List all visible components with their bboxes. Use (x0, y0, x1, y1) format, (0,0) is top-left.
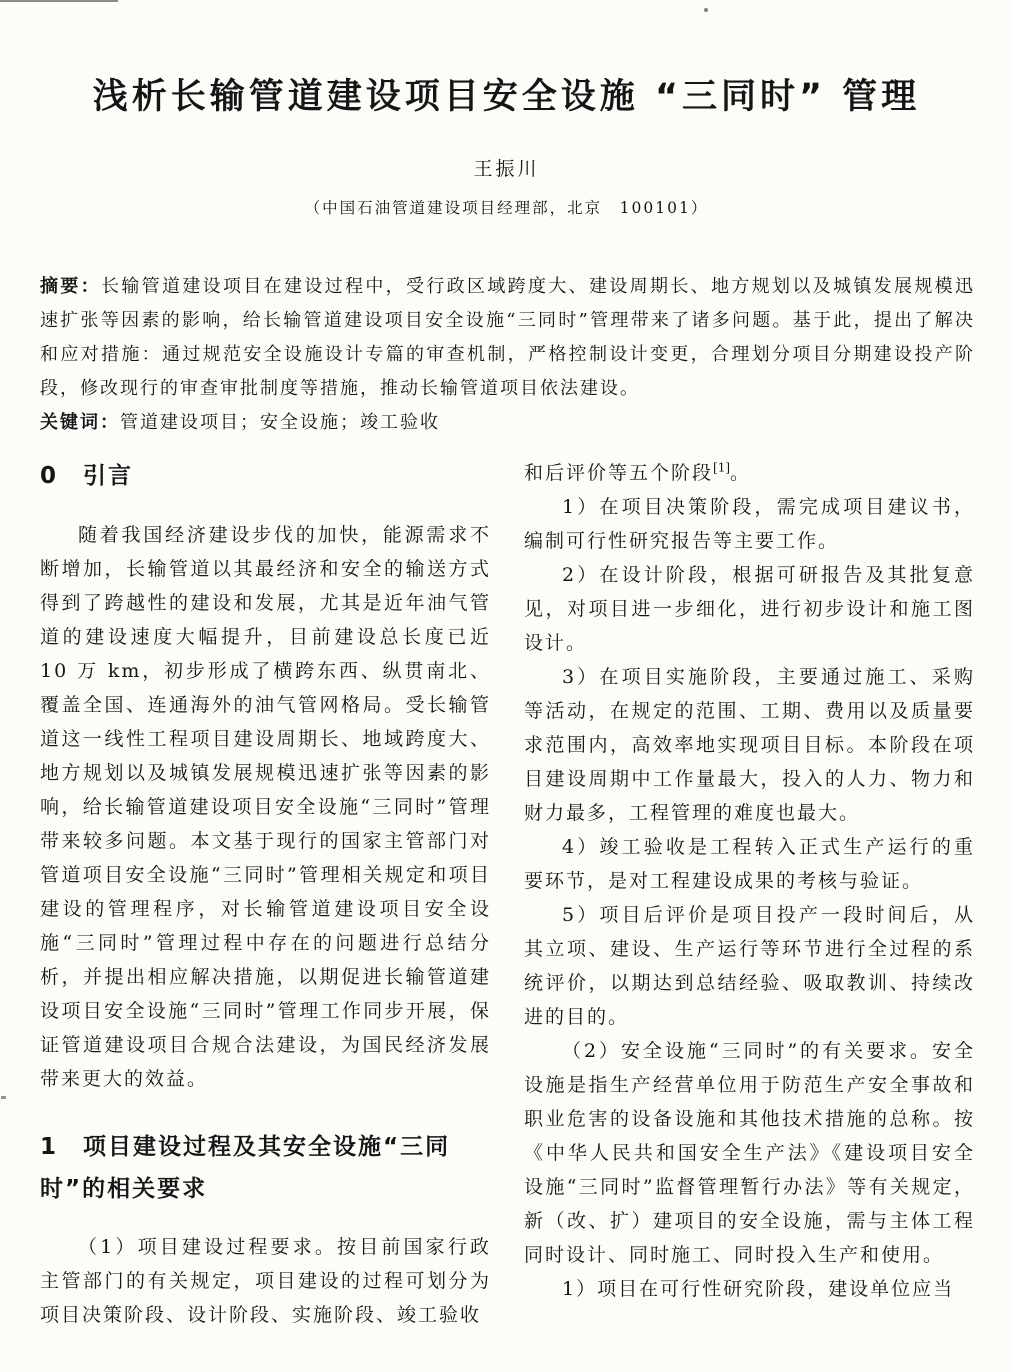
right-column: 和后评价等五个阶段[1]。 1）在项目决策阶段，需完成项目建议书，编制可行性研究… (524, 456, 975, 1332)
keywords-block: 关键词：管道建设项目；安全设施；竣工验收 (40, 406, 975, 440)
keywords-label: 关键词： (40, 412, 120, 433)
list-item-2: 2）在设计阶段，根据可研报告及其批复意见，对项目进一步细化，进行初步设计和施工图… (524, 558, 975, 660)
intro-paragraph: 随着我国经济建设步伐的加快，能源需求不断增加，长输管道以其最经济和安全的输送方式… (40, 518, 491, 1096)
list-item-1: 1）在项目决策阶段，需完成项目建议书，编制可行性研究报告等主要工作。 (524, 490, 975, 558)
citation-reference: [1] (713, 461, 730, 475)
section-1-heading: 1 项目建设过程及其安全设施“三同时”的相关要求 (40, 1126, 491, 1210)
paper-page: 浅析长输管道建设项目安全设施 “三同时” 管理 王振川 （中国石油管道建设项目经… (0, 0, 1013, 1372)
abstract-text: 长输管道建设项目在建设过程中，受行政区域跨度大、建设周期长、地方规划以及城镇发展… (40, 276, 975, 399)
author-name: 王振川 (0, 154, 1013, 181)
section-1-paragraph-start: （1）项目建设过程要求。按目前国家行政主管部门的有关规定，项目建设的过程可划分为… (40, 1230, 491, 1332)
requirements-paragraph: （2）安全设施“三同时”的有关要求。安全设施是指生产经营单位用于防范生产安全事故… (524, 1034, 975, 1272)
list-item-3: 3）在项目实施阶段，主要通过施工、采购等活动，在规定的范围、工期、费用以及质量要… (524, 660, 975, 830)
left-column: 0 引言 随着我国经济建设步伐的加快，能源需求不断增加，长输管道以其最经济和安全… (40, 456, 491, 1332)
scan-artifact-dot (704, 8, 708, 12)
scan-artifact-dash (1, 1096, 6, 1099)
scan-artifact-topline (0, 0, 118, 2)
paper-title: 浅析长输管道建设项目安全设施 “三同时” 管理 (0, 0, 1013, 118)
list-item-5: 5）项目后评价是项目投产一段时间后，从其立项、建设、生产运行等环节进行全过程的系… (524, 898, 975, 1034)
section-0-heading: 0 引言 (40, 460, 491, 492)
list-item-4: 4）竣工验收是工程转入正式生产运行的重要环节，是对工程建设成果的考核与验证。 (524, 830, 975, 898)
abstract-label: 摘要： (40, 276, 101, 297)
continuation-text: 和后评价等五个阶段 (524, 462, 713, 484)
two-column-body: 0 引言 随着我国经济建设步伐的加快，能源需求不断增加，长输管道以其最经济和安全… (40, 456, 975, 1332)
continuation-after: 。 (730, 462, 751, 484)
continuation-paragraph: 和后评价等五个阶段[1]。 (524, 456, 975, 490)
author-affiliation: （中国石油管道建设项目经理部，北京 100101） (0, 196, 1013, 218)
feasibility-paragraph-start: 1）项目在可行性研究阶段，建设单位应当 (524, 1272, 975, 1306)
abstract-block: 摘要：长输管道建设项目在建设过程中，受行政区域跨度大、建设周期长、地方规划以及城… (40, 270, 975, 406)
keywords-text: 管道建设项目；安全设施；竣工验收 (120, 412, 440, 433)
